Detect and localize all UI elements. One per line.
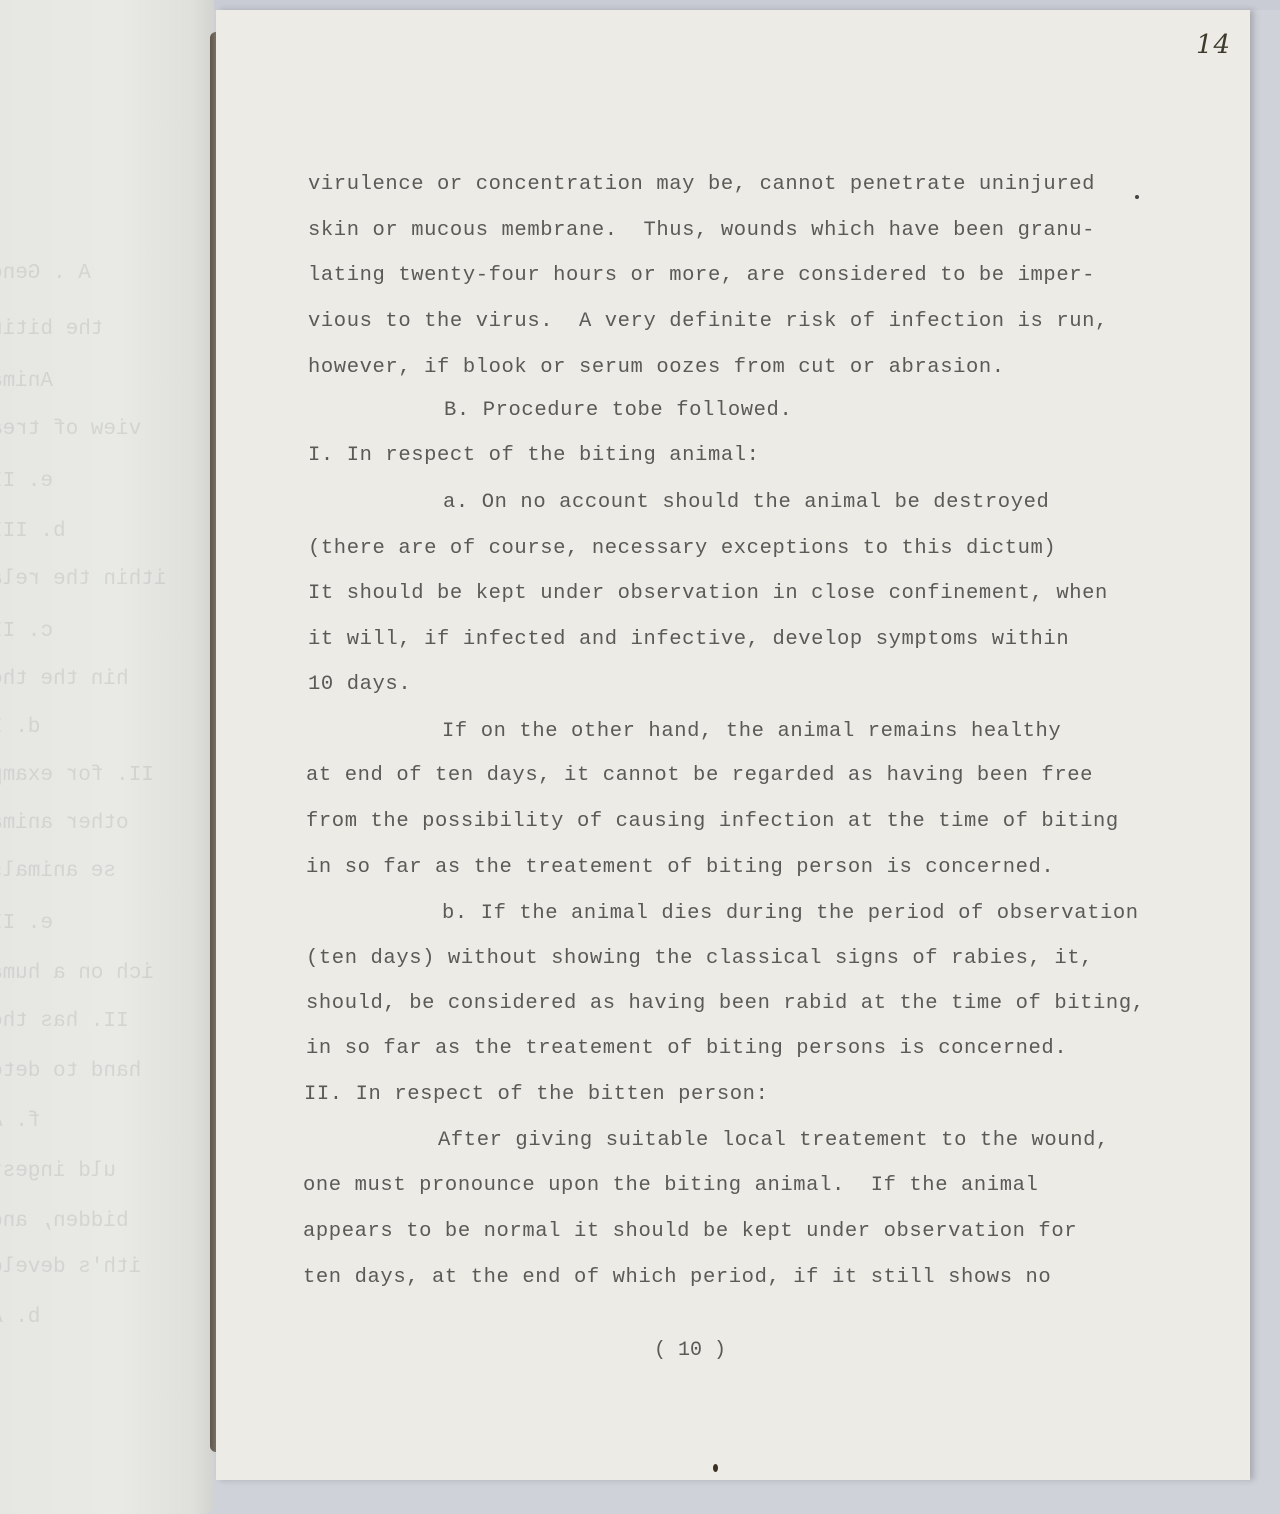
text-line: at end of ten days, it cannot be regarde… [306,764,1093,787]
text-line: After giving suitable local treatement t… [438,1129,1109,1152]
text-line: from the possibility of causing infectio… [306,810,1119,833]
ghost-line: d. I [0,716,40,739]
handwritten-page-number: 14 [1196,30,1231,60]
text-line: (there are of course, necessary exceptio… [308,537,1056,560]
bleed-through-text: A . Genethe bitinAnimaview of treae. IIb… [0,0,210,1514]
stray-mark [1135,195,1139,199]
ghost-line: A . Gene [0,262,91,285]
text-line: (ten days) without showing the classical… [306,947,1093,970]
text-line: vious to the virus. A very definite risk… [308,310,1108,333]
text-line: II. In respect of the bitten person: [304,1083,768,1106]
text-line: ten days, at the end of which period, if… [303,1266,1051,1289]
typed-page: 14 virulence or concentration may be, ca… [216,10,1250,1480]
ghost-line: II. for examp [0,764,154,787]
ghost-line: b. III [0,520,66,543]
text-line: virulence or concentration may be, canno… [308,173,1095,196]
footer-page-number: ( 10 ) [654,1339,726,1362]
ghost-line: b. A [0,1306,40,1329]
text-line: it will, if infected and infective, deve… [308,628,1069,651]
ghost-line: e. II [0,470,53,493]
text-line: appears to be normal it should be kept u… [303,1220,1077,1243]
ghost-line: ich on a huma [0,962,154,985]
ghost-line: view of trea [0,418,141,441]
left-page-curl: A . Genethe bitinAnimaview of treae. IIb… [0,0,214,1514]
text-line: B. Procedure tobe followed. [444,399,792,422]
text-line: lating twenty-four hours or more, are co… [308,264,1095,287]
text-line: a. On no account should the animal be de… [443,491,1049,514]
text-line: b. If the animal dies during the period … [442,902,1139,925]
text-line: I. In respect of the biting animal: [308,444,760,467]
text-line: It should be kept under observation in c… [308,582,1108,605]
text-line: one must pronounce upon the biting anima… [303,1174,1038,1197]
text-line: in so far as the treatement of biting pe… [306,856,1054,879]
ghost-line: hin the the [0,668,129,691]
ghost-line: f. A [0,1110,40,1133]
text-line: skin or mucous membrane. Thus, wounds wh… [308,219,1095,242]
ghost-line: other anima [0,812,129,835]
text-line: however, if blook or serum oozes from cu… [308,356,1005,379]
ghost-line: Anima [0,370,53,393]
ghost-line: ith's develo [0,1256,141,1279]
ghost-line: bidden, and [0,1210,129,1233]
ghost-line: II. has the [0,1010,129,1033]
ghost-line: ithin the rela [0,568,166,591]
text-line: should, be considered as having been rab… [306,992,1145,1015]
text-line: in so far as the treatement of biting pe… [306,1037,1067,1060]
ghost-line: uld ingest [0,1160,116,1183]
ghost-line: e. II [0,912,53,935]
text-line: 10 days. [308,673,411,696]
ghost-line: c. II [0,620,53,643]
ghost-line: the bitin [0,318,103,341]
ghost-line: hand to dete [0,1060,141,1083]
ghost-line: se animals [0,860,116,883]
ink-mark [713,1464,718,1472]
text-line: If on the other hand, the animal remains… [442,720,1061,743]
